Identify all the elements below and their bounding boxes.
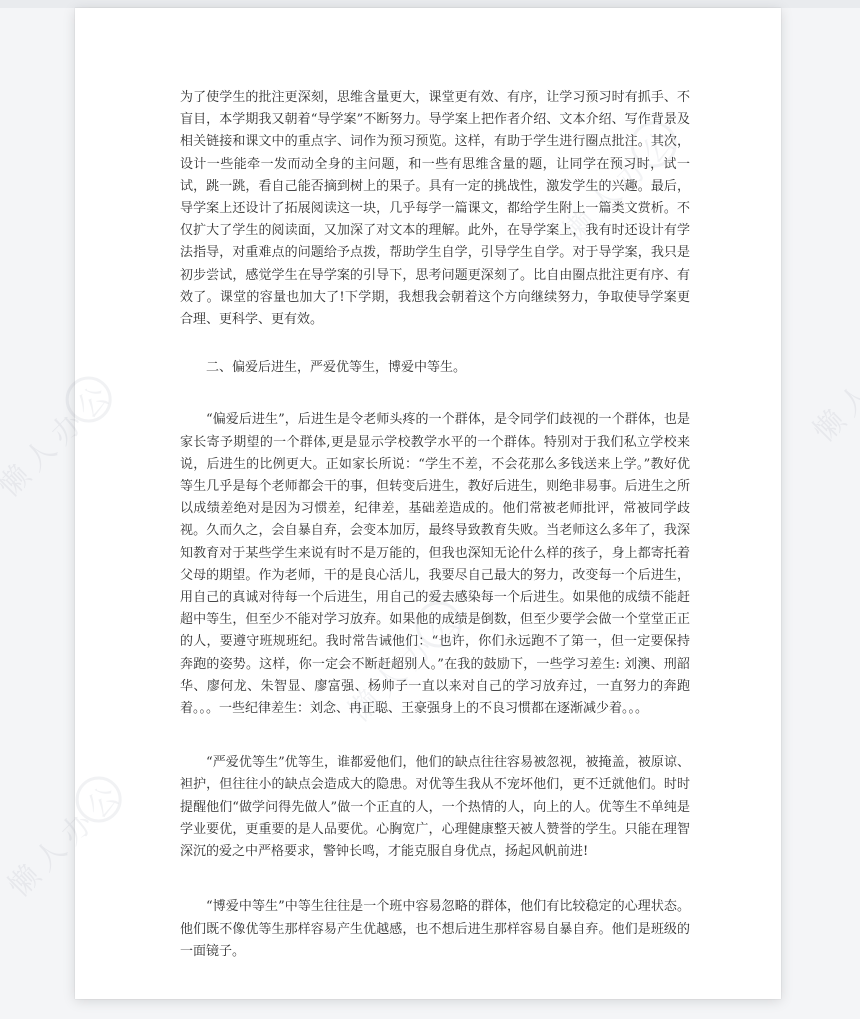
document-viewer: 为了使学生的批注更深刻，思维含量更大，课堂更有效、有序，让学习预习时有抓手、不盲… — [0, 0, 860, 1019]
page-content: 为了使学生的批注更深刻，思维含量更大，课堂更有效、有序，让学习预习时有抓手、不盲… — [180, 87, 690, 963]
section-heading-two: 二、偏爱后进生，严爱优等生，博爱中等生。 — [180, 357, 690, 379]
watermark-text: 懒人办公 — [807, 320, 860, 449]
paragraph-pianai-houjinsheng: “偏爱后进生”，后进生是令老师头疼的一个群体，是令同学们歧视的一个群体，也是家长… — [180, 409, 690, 720]
viewer-top-strip — [0, 0, 860, 8]
site-watermark: 懒人办公 — [801, 314, 860, 450]
document-page: 为了使学生的批注更深刻，思维含量更大，课堂更有效、有序，让学习预习时有抓手、不盲… — [75, 8, 781, 999]
paragraph-daoxuean: 为了使学生的批注更深刻，思维含量更大，课堂更有效、有序，让学习预习时有抓手、不盲… — [180, 87, 690, 331]
paragraph-boai-zhongdengsheng: “博爱中等生”中等生往往是一个班中容易忽略的群体，他们有比较稳定的心理状态。他们… — [180, 896, 690, 963]
paragraph-yanai-youdengsheng: “严爱优等生”优等生，谁都爱他们，他们的缺点往往容易被忽视，被掩盖，被原谅、袒护… — [180, 752, 690, 863]
